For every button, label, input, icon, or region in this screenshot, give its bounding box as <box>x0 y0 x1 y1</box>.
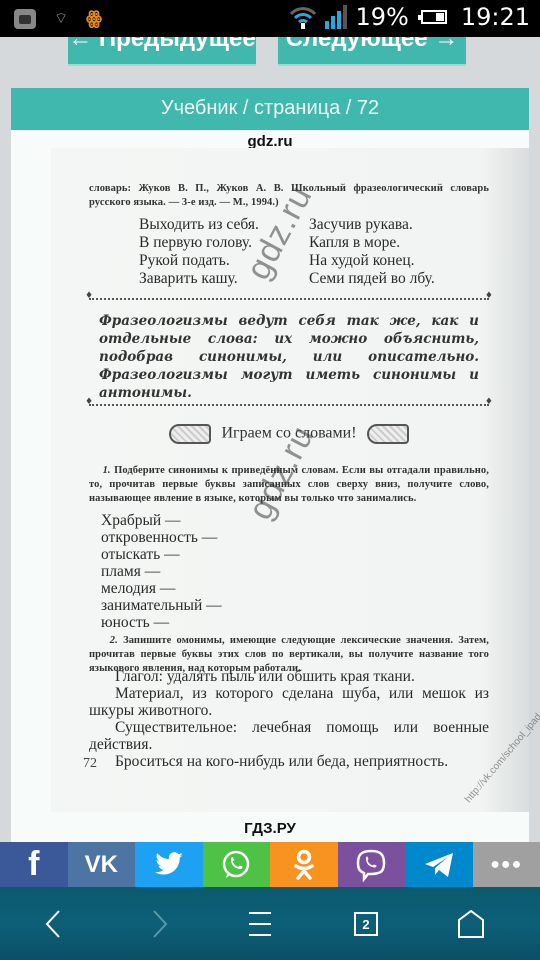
tabs-count: 2 <box>362 917 369 932</box>
forward-button[interactable] <box>145 907 175 941</box>
status-bar: ⌔ ꙮ 19% 19:21 <box>0 0 540 37</box>
battery-percent: 19% <box>355 3 408 31</box>
rule-box-text: Фразеологизмы ведут себя так же, как и о… <box>99 312 479 402</box>
home-button[interactable] <box>457 907 485 941</box>
words-list: Храбрый — откровенность — отыскать — пла… <box>101 512 222 631</box>
share-more-button[interactable]: ●●● <box>473 842 540 887</box>
clock: 19:21 <box>461 3 530 31</box>
share-bar: f VK ●●● <box>0 842 540 887</box>
word-item: отыскать — <box>101 546 222 563</box>
page-number: 72 <box>83 756 97 772</box>
twitter-icon <box>154 852 184 878</box>
word-item: юность — <box>101 614 222 631</box>
textbook-page-card: gdz.ru словарь: Жуков В. П., Жуков А. В.… <box>11 130 529 842</box>
battery-icon <box>421 10 447 24</box>
cannon-icon <box>169 424 211 444</box>
phrase-row: Рукой подать.На худой конец. <box>139 252 499 270</box>
home-icon <box>458 910 484 938</box>
chevron-left-icon <box>45 910 61 938</box>
phrase-row: В первую голову.Капля в море. <box>139 234 499 252</box>
share-facebook-button[interactable]: f <box>0 842 68 887</box>
word-item: откровенность — <box>101 529 222 546</box>
menu-button[interactable] <box>248 907 272 941</box>
whatsapp-icon <box>220 849 252 881</box>
definition-item: Броситься на кого-нибудь или беда, непри… <box>89 753 489 770</box>
viber-icon <box>355 848 387 882</box>
definitions-list: Глагол: удалять пыль или обшить края тка… <box>89 668 489 770</box>
chevron-right-icon <box>152 910 168 938</box>
wifi-hotspot-icon: ⌔ <box>54 9 68 28</box>
phrase: Заварить кашу. <box>139 270 309 288</box>
odnoklassniki-icon <box>293 849 315 881</box>
share-telegram-button[interactable] <box>405 842 473 887</box>
definition-item: Материал, из которого сделана шуба, или … <box>89 685 489 719</box>
page-title: Учебник / страница / 72 <box>11 88 529 130</box>
tabs-count-icon: 2 <box>354 912 378 936</box>
phrase: На худой конец. <box>309 252 415 270</box>
hamburger-menu-icon <box>249 911 271 937</box>
uc-browser-icon: ꙮ <box>86 8 102 29</box>
phrase-row: Заварить кашу.Семи пядей во лбу. <box>139 270 499 288</box>
tabs-button[interactable]: 2 <box>353 907 379 941</box>
share-twitter-button[interactable] <box>135 842 203 887</box>
browser-bottom-nav: 2 <box>0 887 540 960</box>
share-viber-button[interactable] <box>338 842 406 887</box>
back-button[interactable] <box>38 907 68 941</box>
share-whatsapp-button[interactable] <box>203 842 271 887</box>
telegram-icon <box>423 851 455 879</box>
phraseology-list: Выходить из себя.Засучив рукава. В перву… <box>139 216 499 288</box>
share-odnoklassniki-button[interactable] <box>270 842 338 887</box>
word-item: пламя — <box>101 563 222 580</box>
task-number: 1. <box>103 465 111 476</box>
word-item: мелодия — <box>101 580 222 597</box>
definition-item: Существительное: лечебная помощь или вое… <box>89 719 489 753</box>
wifi-icon <box>289 4 317 30</box>
cell-signal-icon <box>325 5 347 29</box>
word-item: Храбрый — <box>101 512 222 529</box>
share-vk-button[interactable]: VK <box>68 842 136 887</box>
site-label-bottom: ГДЗ.РУ <box>11 820 529 837</box>
phrase: Капля в море. <box>309 234 400 252</box>
dotted-divider <box>89 298 489 304</box>
dotted-divider <box>89 404 489 410</box>
textbook-page-image[interactable]: словарь: Жуков В. П., Жуков А. В. Школьн… <box>51 148 529 812</box>
app-notification-icon <box>14 9 36 29</box>
definition-item: Глагол: удалять пыль или обшить края тка… <box>89 668 489 685</box>
phrase: Засучив рукава. <box>309 216 413 234</box>
facebook-icon: f <box>28 845 39 884</box>
cannon-icon <box>367 424 409 444</box>
task-number: 2. <box>110 635 118 646</box>
word-item: занимательный — <box>101 597 222 614</box>
phrase: Семи пядей во лбу. <box>309 270 435 288</box>
phrase-row: Выходить из себя.Засучив рукава. <box>139 216 499 234</box>
vk-icon: VK <box>85 851 118 879</box>
more-icon: ●●● <box>490 856 522 874</box>
